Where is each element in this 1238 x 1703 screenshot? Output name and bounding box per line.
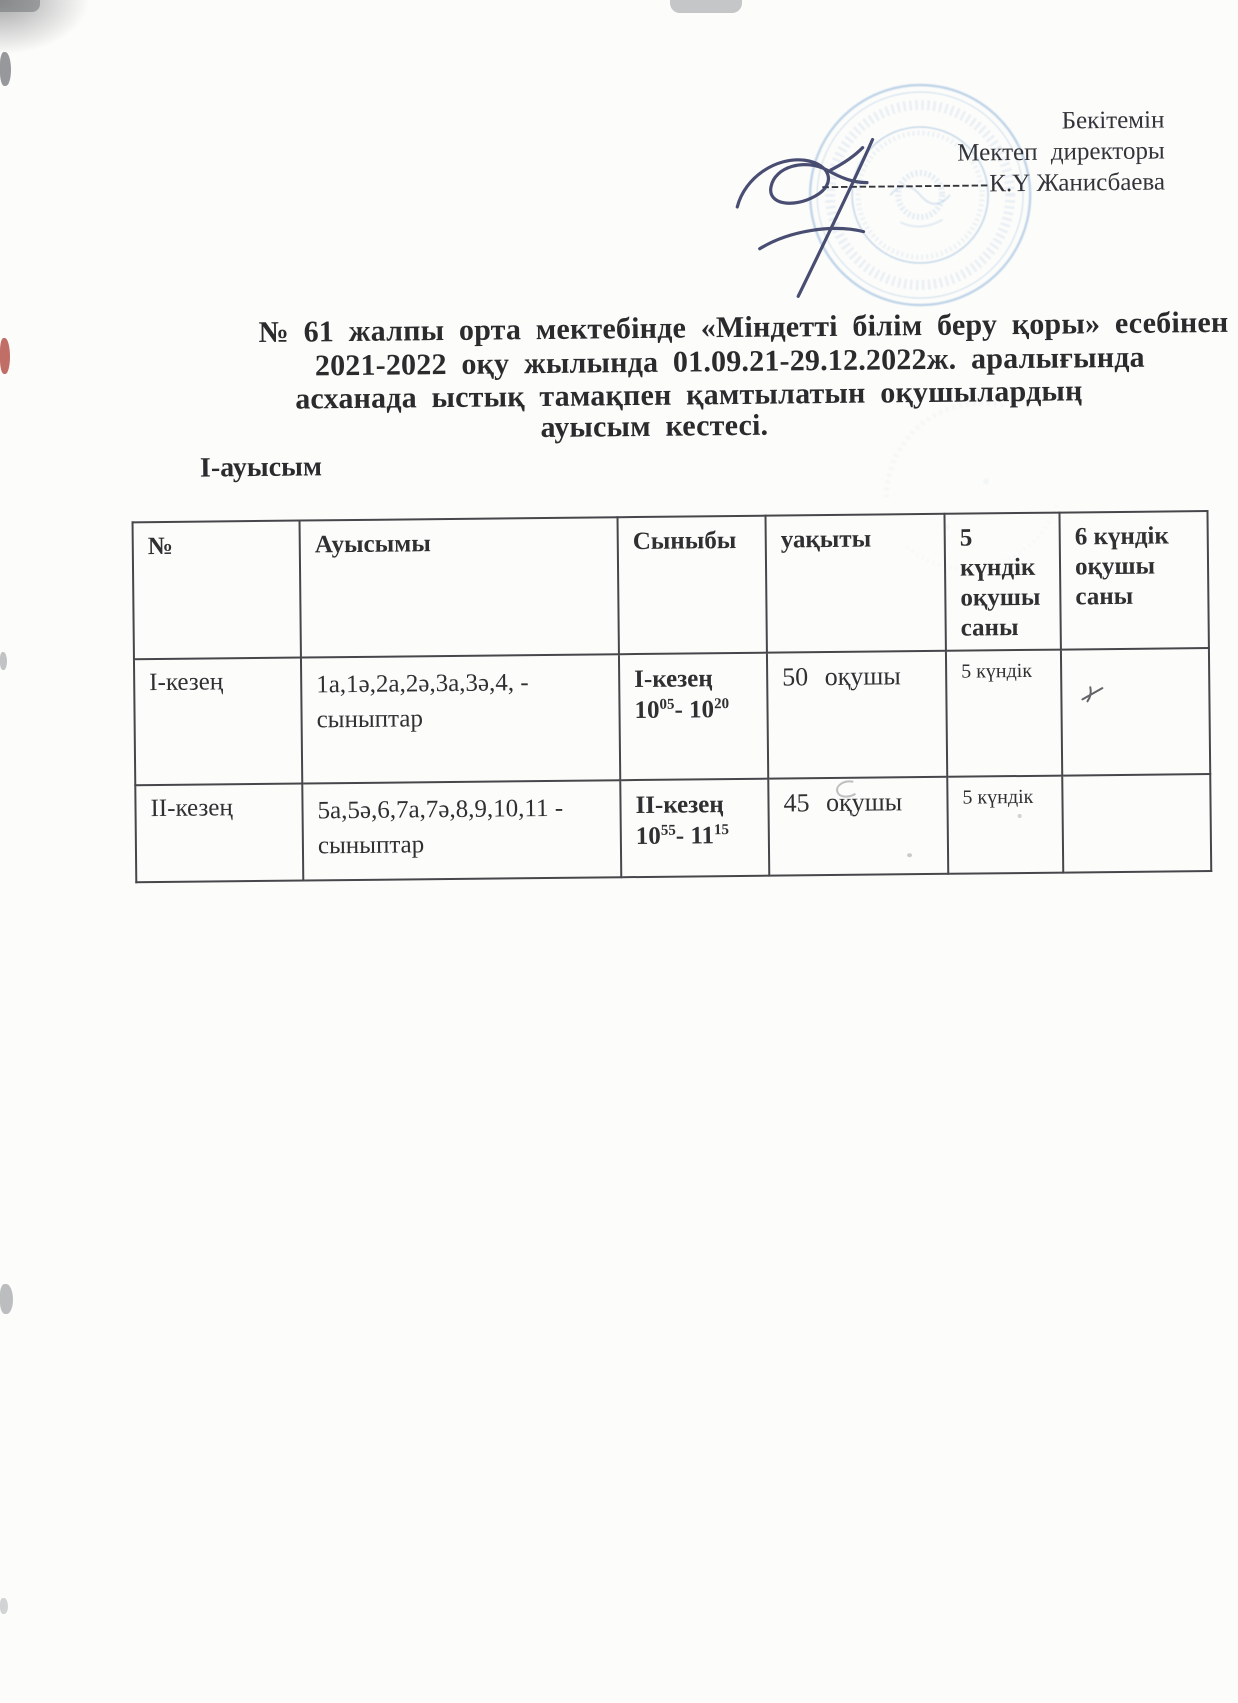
col-header-class: Сыныбы [618,516,767,655]
time-cell: ІІ-кезең 1055- 1115 [620,779,769,878]
classes-cell: 1а,1ә,2а,2ә,3а,3ә,4, - сыныптар [301,654,620,783]
ink-mark [1078,683,1108,705]
student-count-cell: 50 оқушы [767,651,947,779]
schedule-type-cell: 5 күндік [946,650,1062,777]
schedule-table: № Ауысымы Сыныбы уақыты 5 күндік оқушы с… [132,510,1213,883]
col-header-time: уақыты [765,514,945,653]
time-dash: - [674,696,689,723]
table-header-row: № Ауысымы Сыныбы уақыты 5 күндік оқушы с… [133,511,1209,659]
time-range: 1055- 1115 [636,822,729,850]
time-to-sup: 20 [714,696,729,712]
speck [907,853,912,857]
col-header-shift: Ауысымы [300,517,619,657]
time-stage: І-кезең [634,663,756,695]
period-cell: І-кезең [134,658,302,786]
document-content: Бекітемін Мектеп директоры -------------… [0,0,1238,1703]
pencil-mark [827,776,863,802]
table-row: ІІ-кезең 5а,5ә,6,7а,7ә,8,9,10,11 - сынып… [135,774,1211,882]
col-header-6day-count: 6 күндік оқушы саны [1059,511,1208,650]
time-from: 10 [636,823,661,850]
six-day-cell [1061,648,1210,776]
time-stage: ІІ-кезең [635,789,757,821]
scan-edge-mark [670,0,742,13]
time-range: 1005- 1020 [634,696,729,724]
classes-cell: 5а,5ә,6,7а,7ә,8,9,10,11 - сыныптар [302,780,621,880]
document-title-line-4: ауысым кестесі. [540,409,768,445]
time-to-sup: 15 [714,822,729,838]
time-to: 11 [690,822,714,849]
schedule-type-cell: 5 күндік [947,776,1063,874]
six-day-cell [1062,774,1211,873]
time-dash: - [676,822,691,849]
scan-edge-mark [0,652,7,670]
col-header-5day-count: 5 күндік оқушы саны [944,513,1060,651]
period-cell: ІІ-кезең [135,784,303,883]
scanned-document-page: Бекітемін Мектеп директоры -------------… [0,0,1238,1703]
scan-edge-mark [0,1598,8,1614]
scan-edge-mark [0,1284,13,1314]
time-cell: І-кезең 1005- 1020 [619,653,768,781]
speck [1018,814,1022,818]
col-header-number: № [133,521,301,660]
scan-edge-mark-red [0,338,10,374]
scan-edge-mark [0,52,11,86]
director-name: К.Ү Жанисбаева [989,168,1165,197]
time-to: 10 [689,696,714,723]
time-from-sup: 55 [661,823,676,839]
table-row: І-кезең 1а,1ә,2а,2ә,3а,3ә,4, - сыныптар … [134,648,1210,785]
shift-section-label: І-ауысым [200,451,322,484]
scan-edge-mark [0,0,40,12]
time-from-sup: 05 [659,697,674,713]
time-from: 10 [634,697,659,724]
handwritten-signature [720,125,957,317]
